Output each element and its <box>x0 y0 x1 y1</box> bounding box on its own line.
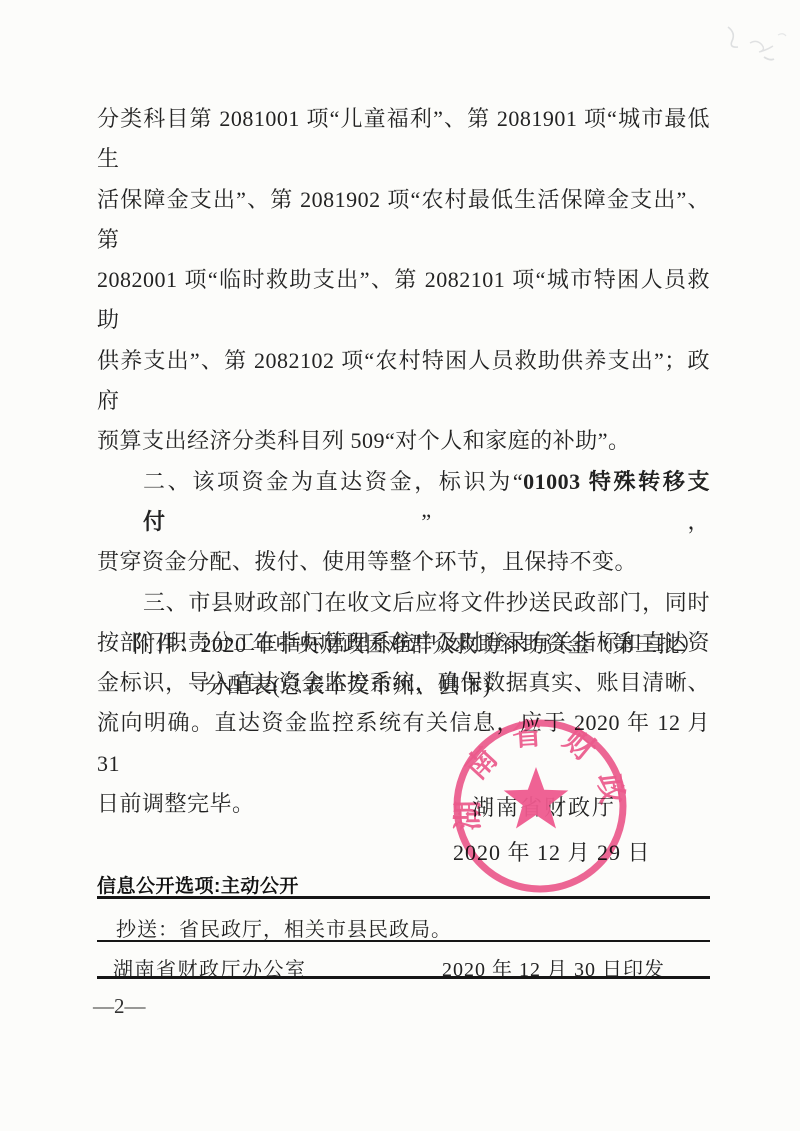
body-line: 二、该项资金为直达资金，标识为“01003 特殊转移支付”， <box>97 462 710 543</box>
disclosure-value: 主动公开 <box>221 876 299 897</box>
seal-star-icon <box>445 711 635 901</box>
body-line: 2082001 项“临时救助支出”、第 2082101 项“城市特困人员救助 <box>97 260 710 341</box>
pencil-scribble-marks <box>690 5 795 75</box>
body-line: 三、市县财政部门在收文后应将文件抄送民政部门，同时 <box>97 583 710 623</box>
body-line: 贯穿资金分配、拨付、使用等整个环节，且保持不变。 <box>97 542 710 582</box>
body-text-segment: 二、该项资金为直达资金，标识为“ <box>143 469 523 494</box>
body-line: 预算支出经济分类科目列 509“对个人和家庭的补助”。 <box>97 421 710 461</box>
body-line: 分类科目第 2081001 项“儿童福利”、第 2081901 项“城市最低生 <box>97 99 710 180</box>
cc-line: 抄送：省民政厅，相关市县民政局。 <box>116 913 452 942</box>
attachment-line: 分配表(总表不发市州、县市) <box>133 665 723 706</box>
body-text-segment: ”， <box>421 509 710 534</box>
attachment-note: 附件：2020 年中央财政困难群众救助补助资金（第三批） 分配表(总表不发市州、… <box>133 624 723 706</box>
footer-divider <box>97 940 710 942</box>
disclosure-label: 信息公开选项: <box>97 876 221 897</box>
disclosure-option-line: 信息公开选项:主动公开 <box>97 871 299 898</box>
footer-divider <box>97 976 710 979</box>
body-line: 供养支出”、第 2082102 项“农村特困人员救助供养支出”；政府 <box>97 341 710 422</box>
body-line: 活保障金支出”、第 2081902 项“农村最低生活保障金支出”、第 <box>97 180 710 261</box>
footer-divider <box>97 896 710 899</box>
attachment-line: 附件：2020 年中央财政困难群众救助补助资金（第三批） <box>133 624 723 665</box>
page-number: —2— <box>93 994 146 1019</box>
document-page: 分类科目第 2081001 项“儿童福利”、第 2081901 项“城市最低生 … <box>0 0 800 1131</box>
